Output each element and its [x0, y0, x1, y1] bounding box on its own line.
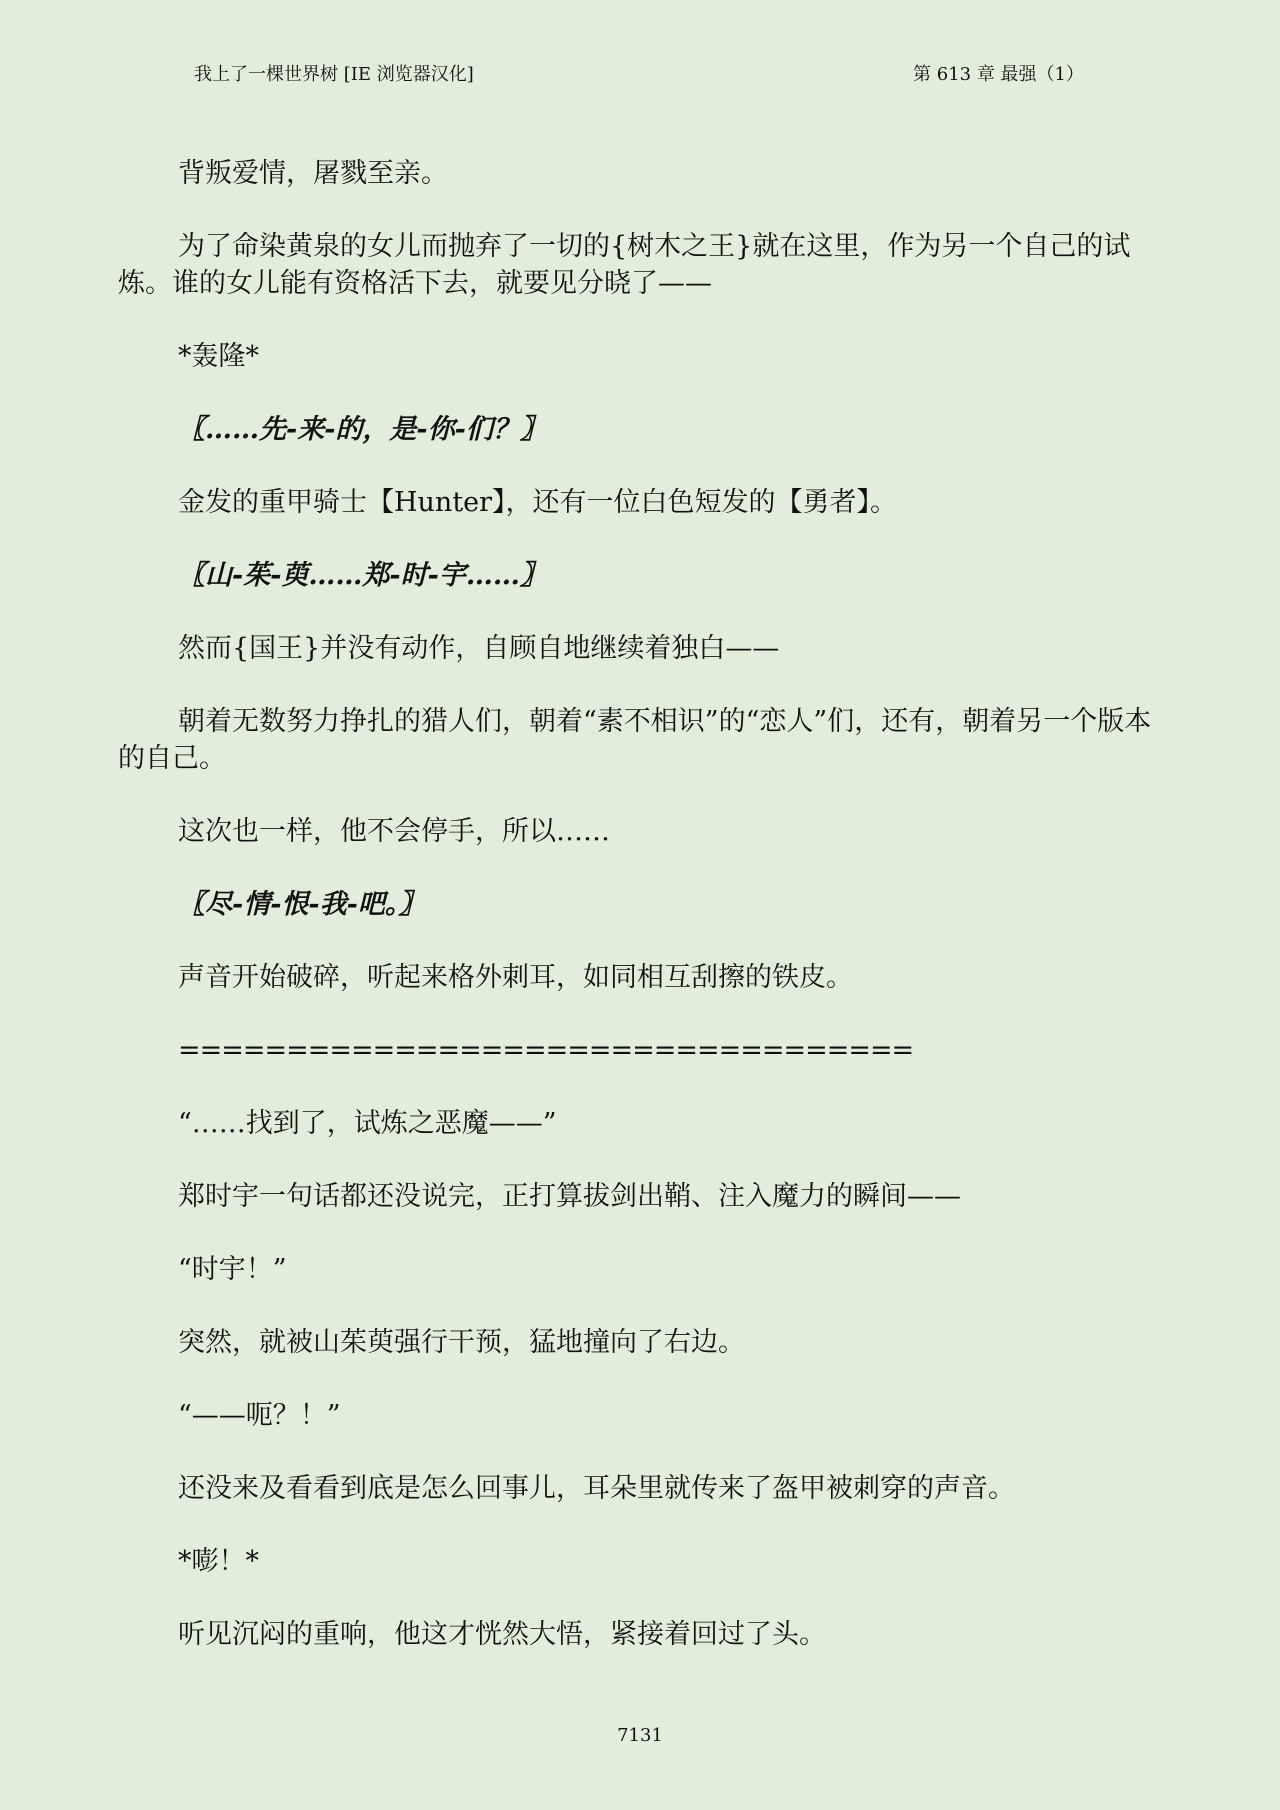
system-dialogue: 〖山-茱-萸……郑-时-宇……〗: [118, 557, 1168, 594]
paragraph: 然而{国王}并没有动作，自顾自地继续着独白——: [118, 630, 1168, 667]
book-title: 我上了一棵世界树 [IE 浏览器汉化]: [194, 60, 474, 88]
chapter-body: 背叛爱情，屠戮至亲。 为了命染黄泉的女儿而抛弃了一切的{树木之王}就在这里，作为…: [118, 155, 1168, 1653]
paragraph: 金发的重甲骑士【Hunter】，还有一位白色短发的【勇者】。: [118, 484, 1168, 521]
paragraph: 为了命染黄泉的女儿而抛弃了一切的{树木之王}就在这里，作为另一个自己的试炼。谁的…: [118, 228, 1168, 302]
paragraph: 听见沉闷的重响，他这才恍然大悟，紧接着回过了头。: [118, 1616, 1168, 1653]
paragraph: *嘭！*: [118, 1543, 1168, 1580]
paragraph: 郑时宇一句话都还没说完，正打算拔剑出鞘、注入魔力的瞬间——: [118, 1178, 1168, 1215]
paragraph: 还没来及看看到底是怎么回事儿，耳朵里就传来了盔甲被刺穿的声音。: [118, 1470, 1168, 1507]
paragraph: 这次也一样，他不会停手，所以……: [118, 813, 1168, 850]
paragraph: 声音开始破碎，听起来格外刺耳，如同相互刮擦的铁皮。: [118, 959, 1168, 996]
system-dialogue: 〖……先-来-的，是-你-们？〗: [118, 411, 1168, 448]
chapter-title: 第 613 章 最强（1）: [913, 60, 1084, 88]
paragraph: “……找到了，试炼之恶魔——”: [118, 1105, 1168, 1142]
paragraph: “时宇！”: [118, 1251, 1168, 1288]
paragraph: “——呃？！”: [118, 1397, 1168, 1434]
page-footer: 7131: [0, 1725, 1280, 1746]
system-dialogue: 〖尽-情-恨-我-吧。〗: [118, 886, 1168, 923]
page-number: 7131: [617, 1725, 663, 1746]
page-header: 我上了一棵世界树 [IE 浏览器汉化] 第 613 章 最强（1）: [194, 60, 1084, 88]
paragraph: 朝着无数努力挣扎的猎人们，朝着“素不相识”的“恋人”们，还有，朝着另一个版本的自…: [118, 703, 1168, 777]
paragraph: 背叛爱情，屠戮至亲。: [118, 155, 1168, 192]
section-separator: ==================================: [118, 1032, 1168, 1069]
paragraph: *轰隆*: [118, 338, 1168, 375]
paragraph: 突然，就被山茱萸强行干预，猛地撞向了右边。: [118, 1324, 1168, 1361]
